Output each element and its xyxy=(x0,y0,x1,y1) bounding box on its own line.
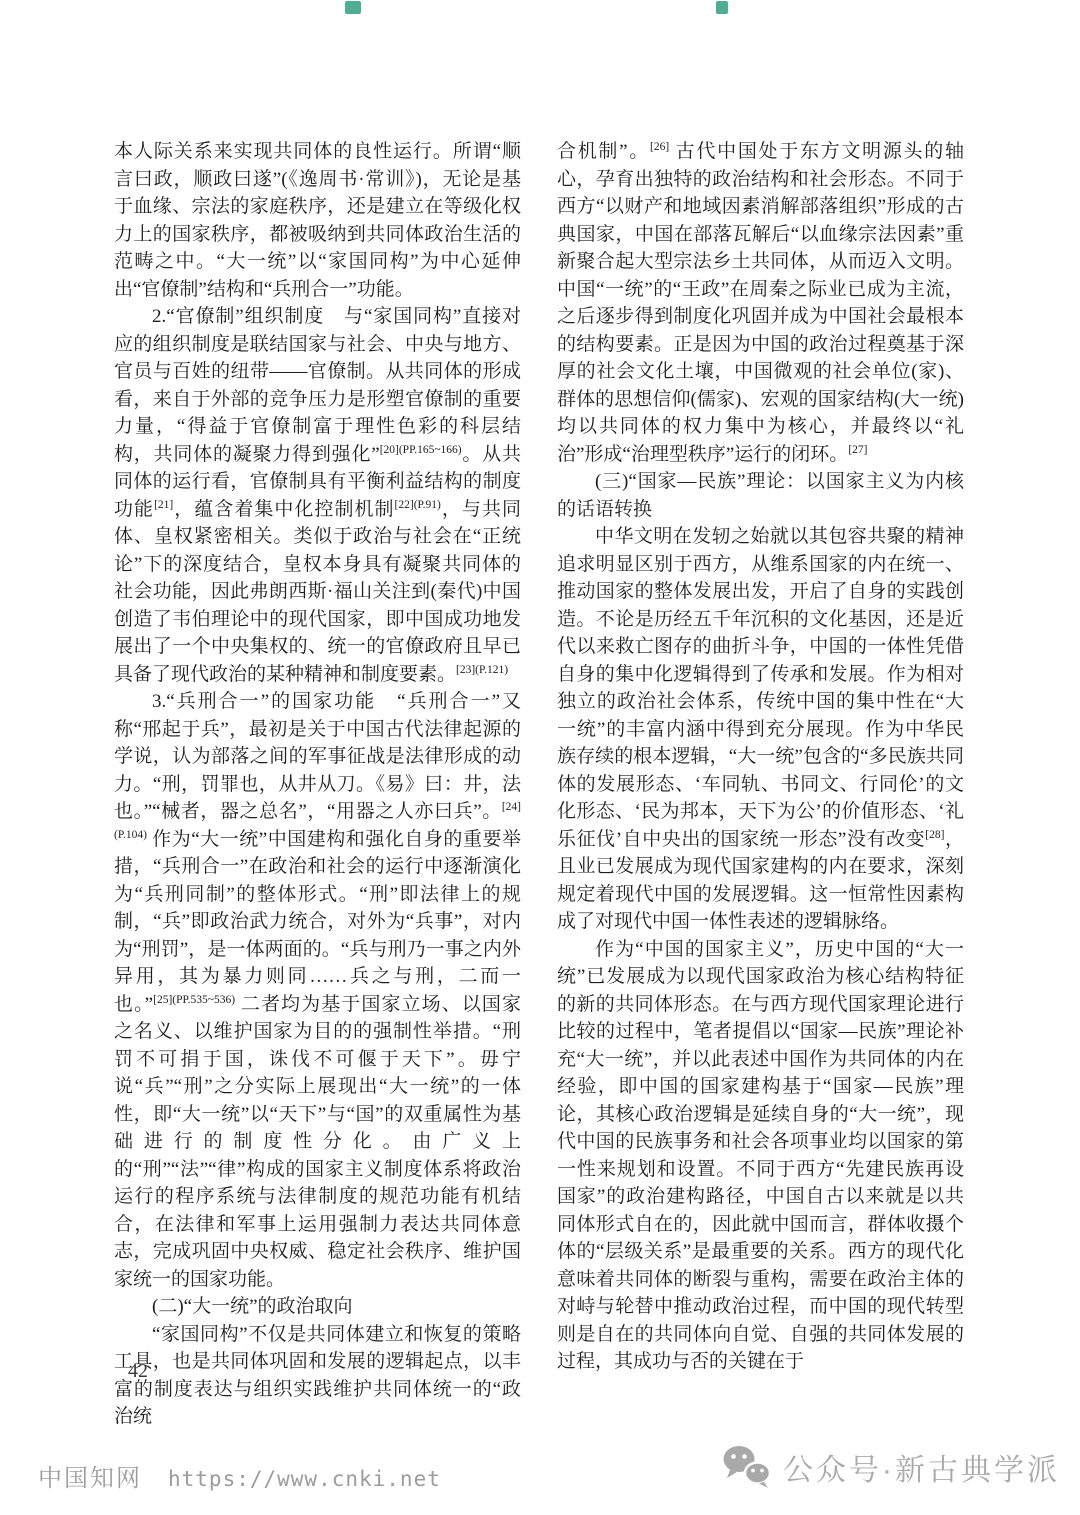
citation-ref: [25](PP.535~536) xyxy=(153,994,235,1006)
text-run: 作为“中国的国家主义”，历史中国的“大一统”已发展成为以现代国家政治为核心结构特… xyxy=(557,939,964,1373)
text-run: 中华文明在发轫之始就以其包容共聚的精神追求明显区别于西方，从维系国家的内在统一、… xyxy=(557,526,964,850)
text-run: (三)“国家—民族”理论：以国家主义为内核的话语转换 xyxy=(557,471,964,520)
paragraph: 中华文明在发轫之始就以其包容共聚的精神追求明显区别于西方，从维系国家的内在统一、… xyxy=(557,523,964,936)
section-heading: (二)“大一统”的政治取向 xyxy=(114,1293,521,1321)
wechat-icon xyxy=(721,1444,773,1490)
text-run: 古代中国处于东方文明源头的轴心，孕育出独特的政治结构和社会形态。不同于西方“以财… xyxy=(557,141,964,465)
paragraph: 作为“中国的国家主义”，历史中国的“大一统”已发展成为以现代国家政治为核心结构特… xyxy=(557,936,964,1376)
paragraph: 3.“兵刑合一”的国家功能 “兵刑合一”又称“邢起于兵”，最初是关于中国古代法律… xyxy=(114,688,521,1293)
paragraph: 2.“官僚制”组织制度 与“家国同构”直接对应的组织制度是联结国家与社会、中央与… xyxy=(114,303,521,688)
left-column: 本人际关系来实现共同体的良性运行。所谓“顺言曰政，顺政曰遂”(《逸周书·常训》)… xyxy=(114,138,521,1431)
paragraph: 合机制”。[26] 古代中国处于东方文明源头的轴心，孕育出独特的政治结构和社会形… xyxy=(557,138,964,468)
wechat-account-label[interactable]: 公众号·新古典学派 xyxy=(783,1445,1060,1489)
text-run: 本人际关系来实现共同体的良性运行。所谓“顺言曰政，顺政曰遂”(《逸周书·常训》)… xyxy=(114,141,521,300)
cnki-site-url[interactable]: https://www.cnki.net xyxy=(168,1467,441,1491)
text-run: 二者均为基于国家立场、以国家之名义、以维护国家为目的的强制性举措。“刑罚不可捐于… xyxy=(114,994,521,1290)
article-body: 本人际关系来实现共同体的良性运行。所谓“顺言曰政，顺政曰遂”(《逸周书·常训》)… xyxy=(114,138,964,1431)
text-run: ，蕴含着集中化控制机制 xyxy=(173,499,394,520)
cnki-site-name: 中国知网 xyxy=(38,1458,142,1493)
citation-ref: [23](P.121) xyxy=(456,664,508,676)
right-column: 合机制”。[26] 古代中国处于东方文明源头的轴心，孕育出独特的政治结构和社会形… xyxy=(557,138,964,1431)
citation-ref: [21] xyxy=(154,499,173,511)
citation-ref: [27] xyxy=(848,444,867,456)
scan-artifact xyxy=(345,1,361,14)
section-heading: (三)“国家—民族”理论：以国家主义为内核的话语转换 xyxy=(557,468,964,523)
footer-wechat: 公众号·新古典学派 xyxy=(721,1444,1060,1490)
text-run: “家国同构”不仅是共同体建立和恢复的策略工具，也是共同体巩固和发展的逻辑起点，以… xyxy=(114,1324,521,1428)
scan-artifact xyxy=(716,1,728,14)
text-run: 作为“大一统”中国建构和强化自身的重要举措，“兵刑合一”在政治和社会的运行中逐渐… xyxy=(114,829,521,1015)
citation-ref: [26] xyxy=(650,141,669,153)
text-run: (二)“大一统”的政治取向 xyxy=(152,1296,353,1317)
citation-ref: [22](P.91) xyxy=(395,499,441,511)
paragraph: 本人际关系来实现共同体的良性运行。所谓“顺言曰政，顺政曰遂”(《逸周书·常训》)… xyxy=(114,138,521,303)
citation-ref: [20](PP.165~166) xyxy=(380,444,462,456)
page-number: 42 xyxy=(128,1360,148,1383)
text-run: ，与共同体、皇权紧密相关。类似于政治与社会在“正统论”下的深度结合，皇权本身具有… xyxy=(114,499,521,685)
citation-ref: [28] xyxy=(925,829,944,841)
paragraph: “家国同构”不仅是共同体建立和恢复的策略工具，也是共同体巩固和发展的逻辑起点，以… xyxy=(114,1321,521,1431)
text-run: 2.“官僚制”组织制度 与“家国同构”直接对应的组织制度是联结国家与社会、中央与… xyxy=(114,306,521,465)
text-run: 合机制”。 xyxy=(557,141,650,162)
footer-watermark: 中国知网 https://www.cnki.net xyxy=(38,1458,441,1493)
text-run: 3.“兵刑合一”的国家功能 “兵刑合一”又称“邢起于兵”，最初是关于中国古代法律… xyxy=(114,691,521,822)
